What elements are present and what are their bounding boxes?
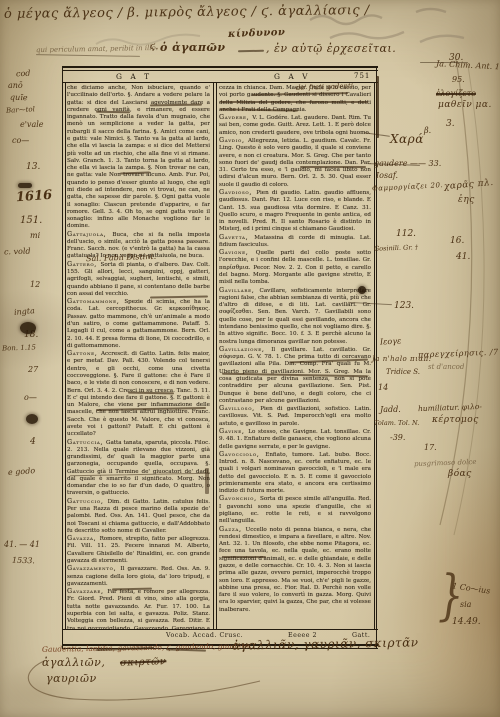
column-divider-a: [213, 83, 214, 630]
margin-note: 151.: [20, 216, 42, 226]
ink-strikethrough: [220, 101, 368, 103]
dictionary-entry: Gattuccio, Dim. di Gatto. Latin. catulus…: [67, 498, 210, 535]
ink-vertical-streak: [205, 468, 209, 494]
margin-note: ingta: [14, 307, 35, 317]
margin-note: Χαρά: [390, 133, 424, 145]
dictionary-entry: Gavdere, V. L. Godére. Lat. gaudere. Dan…: [219, 114, 371, 137]
dictionary-entry: Gavilloso, Pien di gavillazioni, sofisti…: [219, 405, 371, 428]
dictionary-entry: Gazza, Uccello noto di penna bianca, e n…: [219, 526, 371, 614]
ink-blot: [20, 322, 36, 334]
top-greek-phrase-b: , ἐν αὐτῷ ἐρχεσεῖται.: [266, 43, 396, 54]
margin-note: ἐης: [458, 196, 475, 205]
ink-vertical-streak: [376, 76, 379, 138]
entry-headword: Gavdioso,: [219, 188, 256, 196]
margin-note: anō: [8, 82, 23, 90]
dictionary-entry: che diciamo anche, Non isbuciare, quando…: [67, 85, 210, 231]
top-latin-note: qui periculum amat, peribit in illo.: [36, 45, 158, 54]
bottom-greek-note: ἀγαλλιᾶν, γαυριᾶν, σκιρτᾶν: [232, 636, 419, 651]
margin-note: Ιεογε: [380, 337, 402, 346]
top-rule-heavy: [62, 66, 378, 68]
margin-note-struck: ἐλογίζετο: [436, 90, 476, 98]
dictionary-entry: Gavdioso, Pien di gaudio. Latin. gaudio …: [219, 189, 371, 234]
ink-blot: [26, 414, 38, 424]
dictionary-entry: Gavocciolo, Enfiato, tumore. Lat. bubo. …: [219, 451, 371, 496]
margin-note: -39.: [390, 434, 405, 442]
margin-note: βόας: [448, 470, 472, 479]
ink-underline: [420, 62, 468, 63]
running-head-left: G A T: [116, 72, 152, 81]
entry-headword: Gavigne,: [219, 248, 256, 256]
margin-note: quīe: [10, 94, 28, 103]
top-greek-marker: ϛ.: [150, 43, 159, 52]
entry-headword: Gavazzamento,: [67, 564, 120, 572]
ink-blot: [18, 183, 32, 188]
ink-strikethrough: [222, 556, 266, 558]
margin-note: Iosaf.: [376, 172, 398, 180]
dictionary-entry: Gattero, Sorta di pianta, o d'albero. Da…: [67, 261, 210, 298]
margin-note: 112.: [396, 230, 416, 239]
manuscript-scan: { "top": { "line1": "ὁ μέγας ἄλγεος / β.…: [0, 0, 500, 717]
running-head-right: G A V: [274, 72, 311, 81]
top-greek-note-line1: ὁ μέγας ἄλγεος / β. μικρὸς ἄλγεος / ϛ. ἀ…: [4, 4, 370, 21]
bottom-greek-line2: ἀγαλλιῶν,: [42, 657, 105, 668]
margin-note: Bon. 1.15: [2, 344, 36, 352]
top-inserted-word: κίνδυνον: [228, 28, 286, 40]
margin-note: cod: [16, 70, 31, 79]
margin-note: humiliatur. φιλο-: [418, 403, 482, 413]
margin-note: co—: [12, 137, 29, 145]
left-column: che diciamo anche, Non isbuciare, quando…: [67, 85, 210, 629]
margin-note: 1533.: [12, 557, 35, 566]
margin-note: 13.: [26, 163, 40, 172]
dictionary-entry: Gattone, Accrescit. di Gatto. Latin. fel…: [67, 350, 210, 438]
margin-note: 3.: [446, 120, 455, 129]
entry-headword: Gavazza,: [67, 534, 100, 542]
margin-note: 4: [30, 438, 36, 447]
margin-note: 41.: [456, 253, 470, 262]
frame-left-outer: [62, 66, 63, 649]
entry-headword: Gattuccio,: [67, 497, 108, 505]
entry-headword: Gavillare,: [219, 286, 260, 294]
margin-note: pusgrimoso dolce: [414, 459, 477, 468]
margin-note: παρεγχείρησις. /7: [418, 349, 499, 360]
ink-underline: [36, 54, 140, 57]
ink-strikethrough: [300, 166, 366, 168]
ink-strikethrough: [238, 50, 264, 53]
frame-left-inner: [65, 82, 66, 630]
margin-note: c. vold: [4, 248, 31, 257]
margin-note: Tolam. Tol. N.: [374, 420, 419, 427]
dictionary-entry: Gavdio, Allegrezza, letizia. L. gaudium.…: [219, 137, 371, 189]
top-rule-thin: [62, 70, 378, 71]
column-divider-b: [216, 83, 217, 630]
margin-note: Tridice S.: [386, 369, 420, 376]
margin-note: Jadd.: [380, 406, 401, 414]
dictionary-entry: Gavetta, Matassina di corde di minugia. …: [219, 234, 371, 250]
ink-blot: [358, 286, 366, 294]
margin-note: β.: [424, 127, 431, 135]
entry-headword: Gavilloso,: [219, 404, 260, 412]
dictionary-entry: Gavigne, Quelle parti del collo poste so…: [219, 249, 371, 286]
margin-note: st d'ancod: [428, 364, 464, 371]
dictionary-entry: Gavazza, Romore, strepito, fatto per all…: [67, 535, 210, 565]
margin-note: 123.: [394, 302, 414, 311]
entry-headword: Gattone,: [67, 349, 101, 357]
dictionary-entry: Gattuccia, Gatta tanata, sparuta, piccol…: [67, 439, 210, 498]
margin-note: 95.: [452, 76, 465, 84]
entry-headword: Gavonchio,: [219, 494, 260, 502]
entry-headword: Gavdio,: [219, 136, 248, 144]
top-greek-phrase-a: ὁ ἀγαπῶν: [160, 42, 226, 53]
dictionary-entry: Gavazzamento, Il gavazzare. Red. Oss. An…: [67, 565, 210, 588]
dictionary-entry: Gavazzare, Far festa, e romore per alleg…: [67, 588, 210, 629]
margin-note: μαθεῖν μα.: [438, 101, 492, 110]
margin-note: e godo: [8, 467, 36, 477]
dictionary-entry: Gattomammone, Spezie di scimia, che ha l…: [67, 298, 210, 350]
page-number: 751: [354, 72, 370, 80]
dictionary-entry: Gavonchio, Sorta di pesce simile all'ang…: [219, 495, 371, 525]
entry-headword: Gavocciolo,: [219, 450, 265, 458]
entry-headword: Gavdere,: [219, 113, 252, 121]
margin-note: o—: [24, 394, 37, 402]
margin-note: Bar⁓tol: [6, 106, 35, 115]
margin-note: 16.: [450, 237, 464, 246]
margin-note: 27: [28, 366, 38, 374]
margin-note: Gosinili. Gr. †: [374, 244, 418, 252]
margin-note: χαρᾶς πλ.: [444, 179, 494, 192]
dictionary-entry: Gavillare, Cavillare, sofisticamente int…: [219, 287, 371, 346]
margin-note: 12: [30, 281, 40, 289]
bottom-greek-line3: γαυριῶν: [46, 673, 97, 684]
margin-note: 41. — 41: [4, 541, 40, 549]
entry-headword: Gattajuola,: [67, 230, 112, 238]
entry-headword: Gavillazione,: [219, 345, 271, 353]
entry-headword: Gavazzare,: [67, 587, 107, 595]
margin-note: 14: [378, 384, 388, 392]
margin-note: mi: [30, 232, 40, 240]
entry-headword: Gavetta,: [219, 233, 254, 241]
footer-rule-thin: [62, 629, 378, 630]
entry-headword: Gattomammone,: [67, 297, 124, 305]
dictionary-entry: Gavine, Lo stesso, che Gavigne. Lat. ton…: [219, 428, 371, 451]
margin-note: e'vale: [20, 121, 44, 129]
margin-note: Φαμμοργίαζει 20.: [372, 182, 443, 193]
margin-note: κέρτομος: [432, 416, 479, 425]
handwritten-brace: }: [438, 569, 463, 623]
entry-headword: Gattuccia,: [67, 438, 106, 446]
entry-headword: Gavine,: [219, 427, 248, 435]
margin-note: 17.: [424, 444, 437, 452]
margin-note: 1616: [16, 189, 53, 204]
entry-headword: Gazza,: [219, 525, 246, 533]
bottom-greek-struck: σκιρτῶν: [120, 657, 167, 669]
